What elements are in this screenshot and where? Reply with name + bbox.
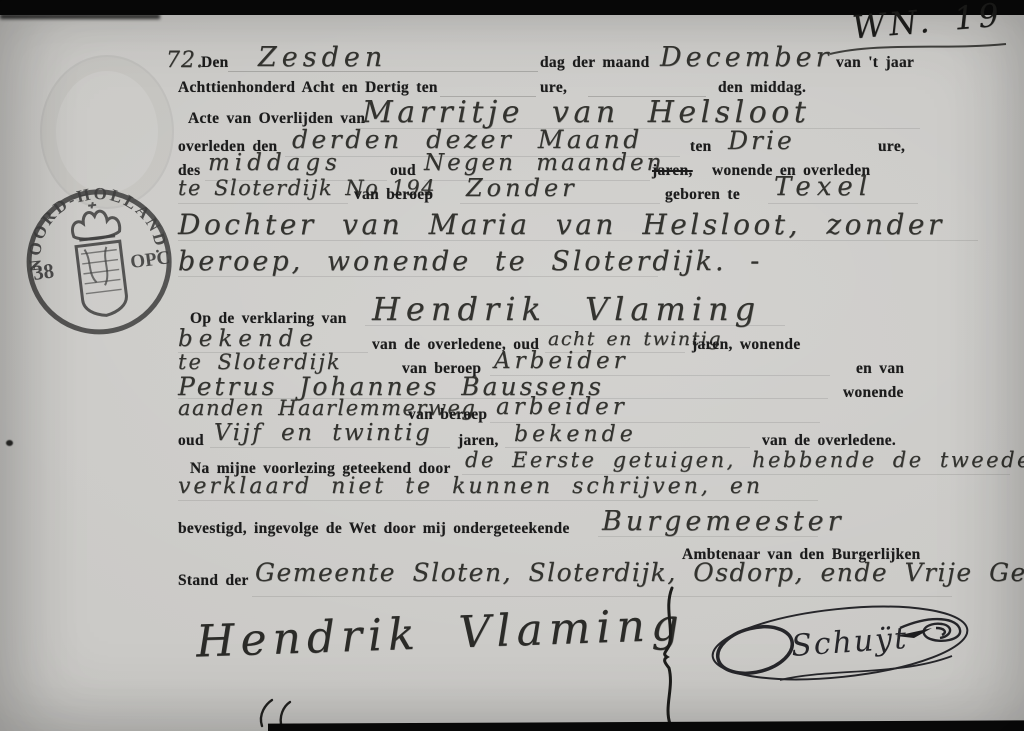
entry-witness1-occupation: Arbeider <box>494 348 629 374</box>
fill-line <box>768 203 918 204</box>
fill-line <box>460 203 660 204</box>
entry-signed-by: de Eerste getuigen, hebbende de tweede <box>465 448 1024 472</box>
entry-daypart: middags <box>208 150 342 176</box>
death-certificate-page: WN. 19 NOORD-HOLLAND. 38 OPC <box>0 0 1024 731</box>
label-oud-2: oud <box>178 432 204 450</box>
witness-signature: Hendrik Vlaming <box>195 599 686 667</box>
fill-line <box>252 596 952 597</box>
entry-municipality: Gemeente Sloten, Sloterdijk, Osdorp, end… <box>255 558 1024 587</box>
fill-line <box>178 500 818 501</box>
fill-line <box>210 447 450 448</box>
entry-month: December <box>660 42 833 73</box>
official-signature: Schuÿt <box>790 621 909 664</box>
stamp-left-value: 38 <box>32 259 56 285</box>
scan-top-edge-smudge <box>0 14 160 19</box>
signature-brace <box>652 586 686 731</box>
stamp-right-value: OPC <box>129 247 171 273</box>
label-stand-der: Stand der <box>178 572 249 590</box>
label-ure-2: ure, <box>878 138 905 156</box>
entry-age: Negen maanden <box>424 150 664 176</box>
label-wonende: wonende <box>843 384 904 402</box>
entry-occupation: Zonder <box>466 174 578 202</box>
label-en-van: en van <box>856 360 904 378</box>
label-geboren-te: geboren te <box>665 186 740 204</box>
stamp-shield <box>76 241 128 318</box>
entry-parentage-1: Dochter van Maria van Helsloot, zonder <box>178 208 945 241</box>
label-jaren-struck: jaren, <box>652 162 693 180</box>
entry-witness1-residence: te Sloterdijk <box>178 350 342 374</box>
entry-death-hour: Drie <box>728 126 795 155</box>
entry-signed-by-2: verklaard niet te kunnen schrijven, en <box>178 474 763 499</box>
entry-birthplace: Texel <box>774 172 873 202</box>
entry-day-name: Zesden <box>258 42 387 73</box>
label-ten: ten <box>690 138 712 156</box>
official-signature-flourish: Schuÿt <box>700 598 980 698</box>
entry-witness1-name: Hendrik Vlaming <box>372 290 761 328</box>
label-den: Den <box>201 54 229 72</box>
label-bevestigd: bevestigd, ingevolge de Wet door mij ond… <box>178 520 570 538</box>
scan-bottom-edge <box>268 720 1024 731</box>
entry-official-title: Burgemeester <box>602 506 845 537</box>
entry-witness2-age: Vijf en twintig <box>214 420 432 446</box>
noord-holland-tax-stamp: NOORD-HOLLAND. 38 OPC <box>13 177 182 344</box>
label-van-t-jaar: van 't jaar <box>836 54 914 72</box>
fill-line <box>178 203 348 204</box>
entry-relation-1: bekende <box>178 326 319 352</box>
entry-relation-2: bekende <box>514 422 637 447</box>
entry-parentage-2: beroep, wonende te Sloterdijk. - <box>178 246 762 277</box>
act-number: 72. <box>166 48 204 73</box>
ink-spot <box>6 440 13 446</box>
entry-witness2-occupation: arbeider <box>496 394 628 420</box>
label-dag-der-maand: dag der maand <box>540 54 650 72</box>
label-jaren-wonende: jaren, wonende <box>692 336 801 354</box>
label-van-beroep-1: van beroep <box>354 186 433 204</box>
